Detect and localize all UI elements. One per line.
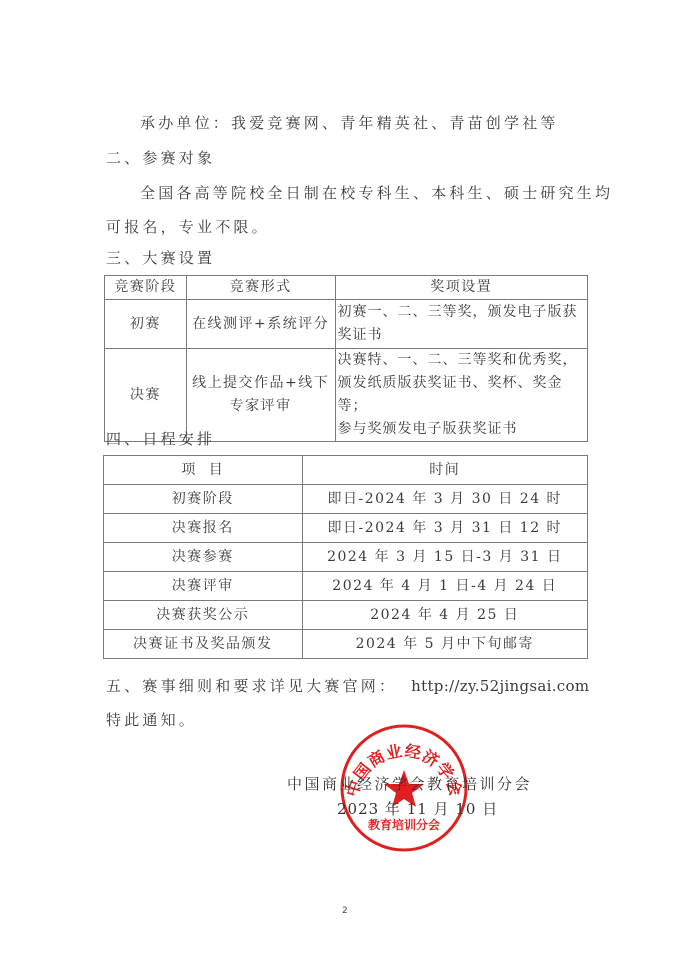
header-item: 项 目 bbox=[104, 456, 303, 485]
form-line: 专家评审 bbox=[187, 395, 335, 418]
page-number: 2 bbox=[342, 906, 348, 916]
competition-setup-table: 竞赛阶段 竞赛形式 奖项设置 初赛 在线测评+系统评分 初赛一、二、三等奖，颁发… bbox=[104, 275, 588, 442]
table-row: 初赛 在线测评+系统评分 初赛一、二、三等奖，颁发电子版获 奖证书 bbox=[105, 300, 588, 349]
form-line: 线上提交作品+线下 bbox=[187, 372, 335, 395]
time-cell: 2024 年 5 月中下旬邮寄 bbox=[302, 630, 587, 659]
table-row: 决赛获奖公示 2024 年 4 月 25 日 bbox=[104, 601, 588, 630]
official-website-link[interactable]: http://zy.52jingsai.com bbox=[411, 677, 589, 695]
table-row: 决赛参赛 2024 年 3 月 15 日-3 月 31 日 bbox=[104, 543, 588, 572]
header-time: 时间 bbox=[302, 456, 587, 485]
time-cell: 2024 年 3 月 15 日-3 月 31 日 bbox=[302, 543, 587, 572]
awards-line: 奖证书 bbox=[338, 324, 587, 347]
table-row: 决赛评审 2024 年 4 月 1 日-4 月 24 日 bbox=[104, 572, 588, 601]
time-cell: 2024 年 4 月 25 日 bbox=[302, 601, 587, 630]
table-row: 决赛证书及奖品颁发 2024 年 5 月中下旬邮寄 bbox=[104, 630, 588, 659]
time-cell: 2024 年 4 月 1 日-4 月 24 日 bbox=[302, 572, 587, 601]
awards-line: 初赛一、二、三等奖，颁发电子版获 bbox=[338, 301, 587, 324]
section2-paragraph-line2: 可报名，专业不限。 bbox=[106, 216, 270, 237]
section5-text: 五、赛事细则和要求详见大赛官网： bbox=[106, 677, 397, 695]
header-awards: 奖项设置 bbox=[335, 276, 587, 300]
section4-heading: 四、日程安排 bbox=[106, 428, 215, 449]
table-header-row: 竞赛阶段 竞赛形式 奖项设置 bbox=[105, 276, 588, 300]
awards-line: 决赛特、一、二、三等奖和优秀奖， bbox=[338, 349, 587, 372]
organizers-line: 承办单位：我爱竞赛网、青年精英社、青苗创学社等 bbox=[140, 112, 559, 133]
table-row: 决赛报名 即日-2024 年 3 月 31 日 12 时 bbox=[104, 514, 588, 543]
item-cell: 决赛参赛 bbox=[104, 543, 303, 572]
awards-cell: 决赛特、一、二、三等奖和优秀奖， 颁发纸质版获奖证书、奖杯、奖金等； 参与奖颁发… bbox=[335, 349, 587, 442]
section2-paragraph-line1: 全国各高等院校全日制在校专科生、本科生、硕士研究生均 bbox=[140, 182, 613, 203]
closing-text: 特此通知。 bbox=[106, 709, 197, 730]
svg-text:教育培训分会: 教育培训分会 bbox=[367, 817, 440, 832]
table-header-row: 项 目 时间 bbox=[104, 456, 588, 485]
item-cell: 决赛评审 bbox=[104, 572, 303, 601]
item-cell: 决赛获奖公示 bbox=[104, 601, 303, 630]
item-cell: 初赛阶段 bbox=[104, 485, 303, 514]
table-row: 初赛阶段 即日-2024 年 3 月 30 日 24 时 bbox=[104, 485, 588, 514]
item-cell: 决赛证书及奖品颁发 bbox=[104, 630, 303, 659]
item-cell: 决赛报名 bbox=[104, 514, 303, 543]
awards-line: 参与奖颁发电子版获奖证书 bbox=[338, 418, 587, 441]
schedule-table: 项 目 时间 初赛阶段 即日-2024 年 3 月 30 日 24 时 决赛报名… bbox=[103, 455, 588, 659]
header-form: 竞赛形式 bbox=[186, 276, 335, 300]
awards-cell: 初赛一、二、三等奖，颁发电子版获 奖证书 bbox=[335, 300, 587, 349]
stage-cell: 初赛 bbox=[105, 300, 187, 349]
time-cell: 即日-2024 年 3 月 31 日 12 时 bbox=[302, 514, 587, 543]
section2-heading: 二、参赛对象 bbox=[106, 147, 215, 168]
header-stage: 竞赛阶段 bbox=[105, 276, 187, 300]
section3-heading: 三、大赛设置 bbox=[106, 247, 215, 268]
time-cell: 即日-2024 年 3 月 30 日 24 时 bbox=[302, 485, 587, 514]
form-cell: 在线测评+系统评分 bbox=[186, 300, 335, 349]
awards-line: 颁发纸质版获奖证书、奖杯、奖金等； bbox=[338, 372, 587, 418]
signature-date: 2023 年 11 月 10 日 bbox=[337, 798, 498, 819]
section5-line: 五、赛事细则和要求详见大赛官网： http://zy.52jingsai.com bbox=[106, 675, 589, 696]
signature-org: 中国商业经济学会教育培训分会 bbox=[287, 773, 532, 794]
